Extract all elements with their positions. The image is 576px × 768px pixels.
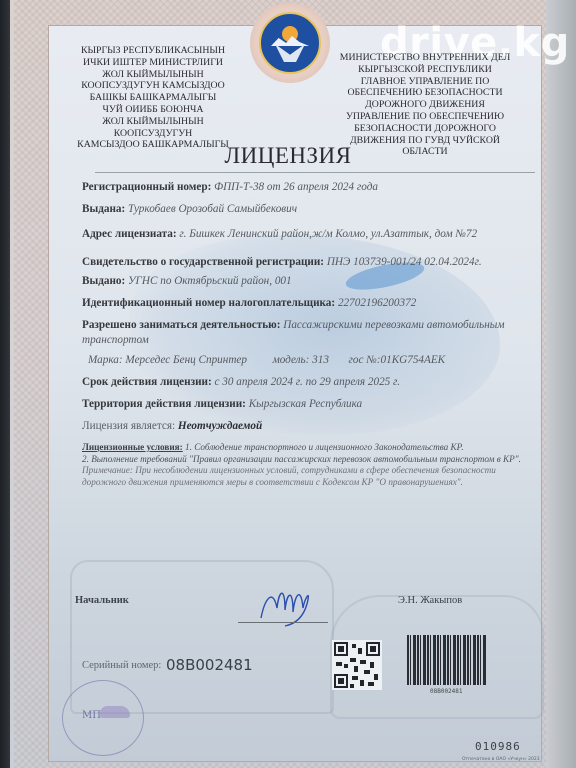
field-validity: Срок действия лицензии: с 30 апреля 2024… xyxy=(82,376,400,388)
barcode-icon xyxy=(407,635,487,685)
document-number: 010986 xyxy=(475,740,521,753)
field-issued-to: Выдана: Туркобаев Орозобай Самыйбекович xyxy=(82,203,297,215)
stamp-car-icon xyxy=(100,706,130,718)
stamp-seal-icon xyxy=(62,680,144,756)
field-vehicle: Марка: Мерседес Бенц Спринтер модель: 31… xyxy=(88,354,445,366)
stamp-text: МП xyxy=(82,710,101,721)
document-title: ЛИЦЕНЗИЯ xyxy=(0,143,576,169)
field-address: Адрес лицензиата: г. Бишкек Ленинский ра… xyxy=(82,228,477,240)
signature-line xyxy=(238,622,328,623)
state-emblem-icon xyxy=(250,3,330,83)
serial-number: 08B002481 xyxy=(166,656,253,674)
field-tin: Идентификационный номер налогоплательщик… xyxy=(82,297,416,309)
printer-note: Отпечатано в ОАО «Учкун» 2023 xyxy=(462,757,540,762)
signatory-name: Э.Н. Жакыпов xyxy=(398,595,462,606)
field-state-registration: Свидетельство о государственной регистра… xyxy=(82,256,482,268)
field-reg-number: Регистрационный номер: ФПП-Т-38 от 26 ап… xyxy=(82,181,378,193)
signatory-position: Начальник xyxy=(75,595,129,606)
background-right xyxy=(546,0,576,768)
header-kyrgyz: КЫРГЫЗ РЕСПУБЛИКАСЫНЫНИЧКИ ИШТЕР МИНИСТР… xyxy=(68,45,238,151)
qr-code-icon xyxy=(332,640,382,690)
serial-label: Серийный номер: xyxy=(82,660,161,671)
field-transferability: Лицензия является: Неотчуждаемой xyxy=(82,420,262,432)
field-activity: Разрешено заниматься деятельностью: Пасс… xyxy=(82,318,522,348)
field-issued-by: Выдано: УГНС по Октябрьский район, 001 xyxy=(82,275,292,287)
field-territory: Территория действия лицензии: Кыргызская… xyxy=(82,398,362,410)
title-divider xyxy=(95,172,535,173)
license-conditions: Лицензионные условия: 1. Соблюдение тран… xyxy=(82,442,522,488)
barcode-text: 08B002481 xyxy=(430,688,463,695)
